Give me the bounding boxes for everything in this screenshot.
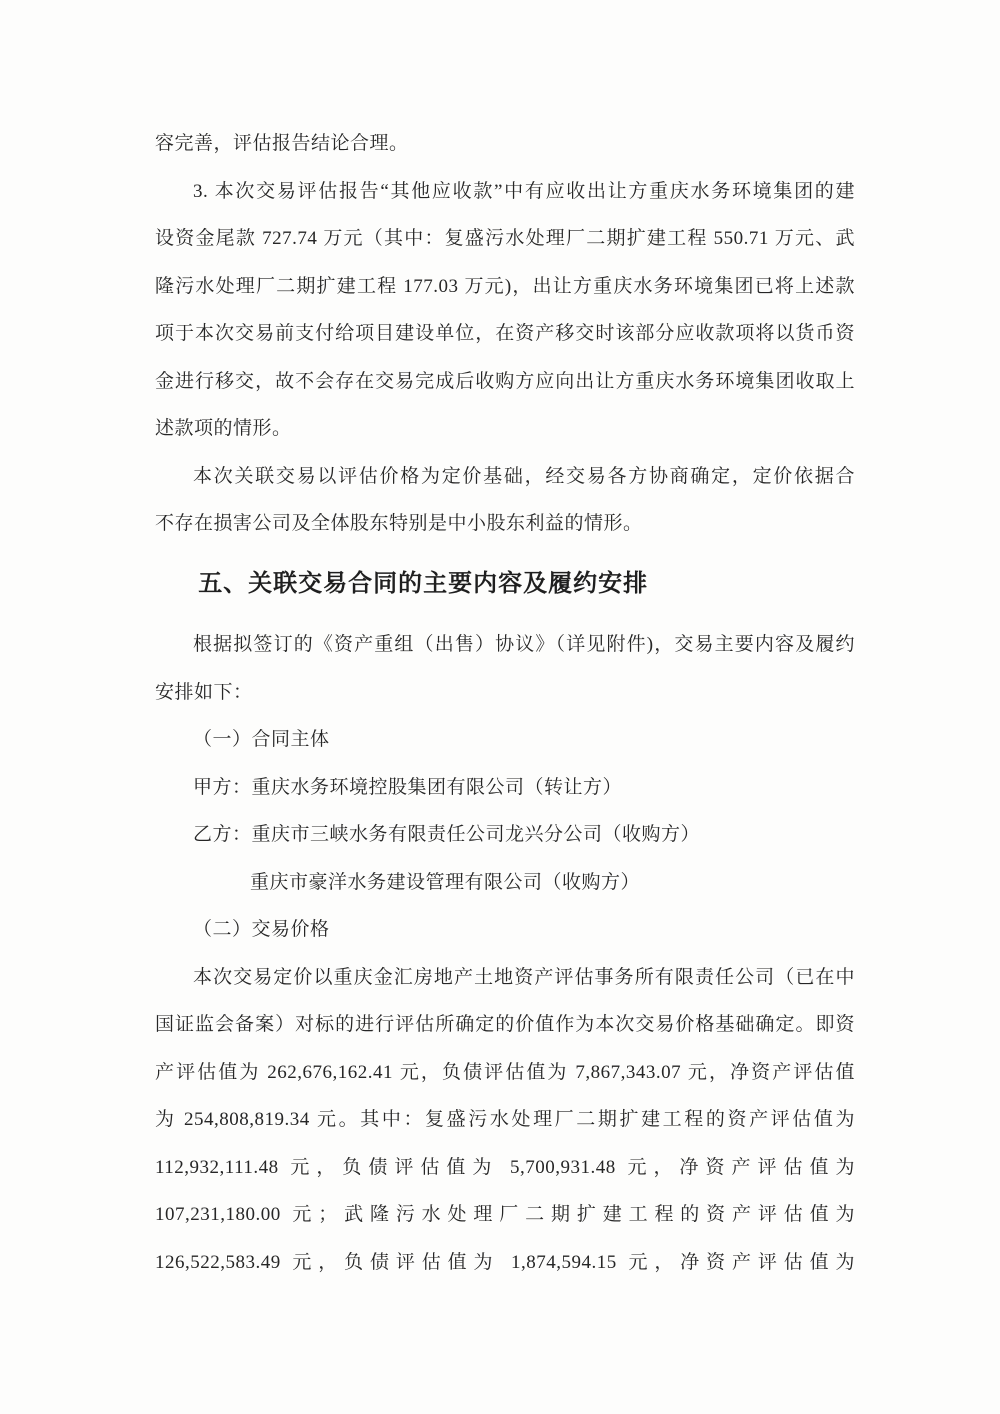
text-line: 甲方：重庆水务环境控股集团有限公司（转让方） [155, 764, 855, 812]
text-line: 金进行移交，故不会存在交易完成后收购方应向出让方重庆水务环境集团收取上 [155, 358, 855, 406]
section-heading: 五、关联交易合同的主要内容及履约安排 [155, 561, 855, 609]
text-line: 容完善，评估报告结论合理。 [155, 120, 855, 168]
text-line: （一）合同主体 [155, 716, 855, 764]
text-line: 126,522,583.49 元，负债评估值为 1,874,594.15 元，净… [155, 1239, 855, 1287]
paragraph: 根据拟签订的《资产重组（出售）协议》（详见附件)，交易主要内容及履约安排如下： [155, 621, 855, 716]
paragraph: （一）合同主体 [155, 716, 855, 764]
text-line: 不存在损害公司及全体股东特别是中小股东利益的情形。 [155, 500, 855, 548]
text-line: 本次交易定价以重庆金汇房地产土地资产评估事务所有限责任公司（已在中 [155, 954, 855, 1002]
text-line: 107,231,180.00 元；武隆污水处理厂二期扩建工程的资产评估值为 [155, 1191, 855, 1239]
paragraph: 乙方：重庆市三峡水务有限责任公司龙兴分公司（收购方）重庆市豪洋水务建设管理有限公… [155, 811, 855, 906]
text-line: 项于本次交易前支付给项目建设单位，在资产移交时该部分应收款项将以货币资 [155, 310, 855, 358]
paragraph: 本次交易定价以重庆金汇房地产土地资产评估事务所有限责任公司（已在中国证监会备案）… [155, 954, 855, 1287]
heading-line: 五、关联交易合同的主要内容及履约安排 [155, 561, 855, 609]
paragraph: 本次关联交易以评估价格为定价基础，经交易各方协商确定，定价依据合理，不存在损害公… [155, 453, 855, 548]
text-line: 述款项的情形。 [155, 405, 855, 453]
text-line: 为 254,808,819.34 元。其中：复盛污水处理厂二期扩建工程的资产评估… [155, 1096, 855, 1144]
text-line: 112,932,111.48 元，负债评估值为 5,700,931.48 元，净… [155, 1144, 855, 1192]
text-line: 安排如下： [155, 669, 855, 717]
text-line: 隆污水处理厂二期扩建工程 177.03 万元)，出让方重庆水务环境集团已将上述款 [155, 263, 855, 311]
text-line: 本次关联交易以评估价格为定价基础，经交易各方协商确定，定价依据合理， [155, 453, 855, 501]
text-line: 国证监会备案）对标的进行评估所确定的价值作为本次交易价格基础确定。即资 [155, 1001, 855, 1049]
paragraph: （二）交易价格 [155, 906, 855, 954]
text-line: 3. 本次交易评估报告“其他应收款”中有应收出让方重庆水务环境集团的建 [155, 168, 855, 216]
document-page: 容完善，评估报告结论合理。3. 本次交易评估报告“其他应收款”中有应收出让方重庆… [0, 0, 1000, 1414]
text-line: 乙方：重庆市三峡水务有限责任公司龙兴分公司（收购方） [155, 811, 855, 859]
document-text-area: 容完善，评估报告结论合理。3. 本次交易评估报告“其他应收款”中有应收出让方重庆… [155, 120, 855, 1286]
text-line: 设资金尾款 727.74 万元（其中：复盛污水处理厂二期扩建工程 550.71 … [155, 215, 855, 263]
text-line: 重庆市豪洋水务建设管理有限公司（收购方） [155, 859, 855, 907]
paragraph: 甲方：重庆水务环境控股集团有限公司（转让方） [155, 764, 855, 812]
paragraph: 容完善，评估报告结论合理。 [155, 120, 855, 168]
paragraph: 3. 本次交易评估报告“其他应收款”中有应收出让方重庆水务环境集团的建设资金尾款… [155, 168, 855, 453]
text-line: 产评估值为 262,676,162.41 元，负债评估值为 7,867,343.… [155, 1049, 855, 1097]
text-line: 根据拟签订的《资产重组（出售）协议》（详见附件)，交易主要内容及履约 [155, 621, 855, 669]
text-line: （二）交易价格 [155, 906, 855, 954]
